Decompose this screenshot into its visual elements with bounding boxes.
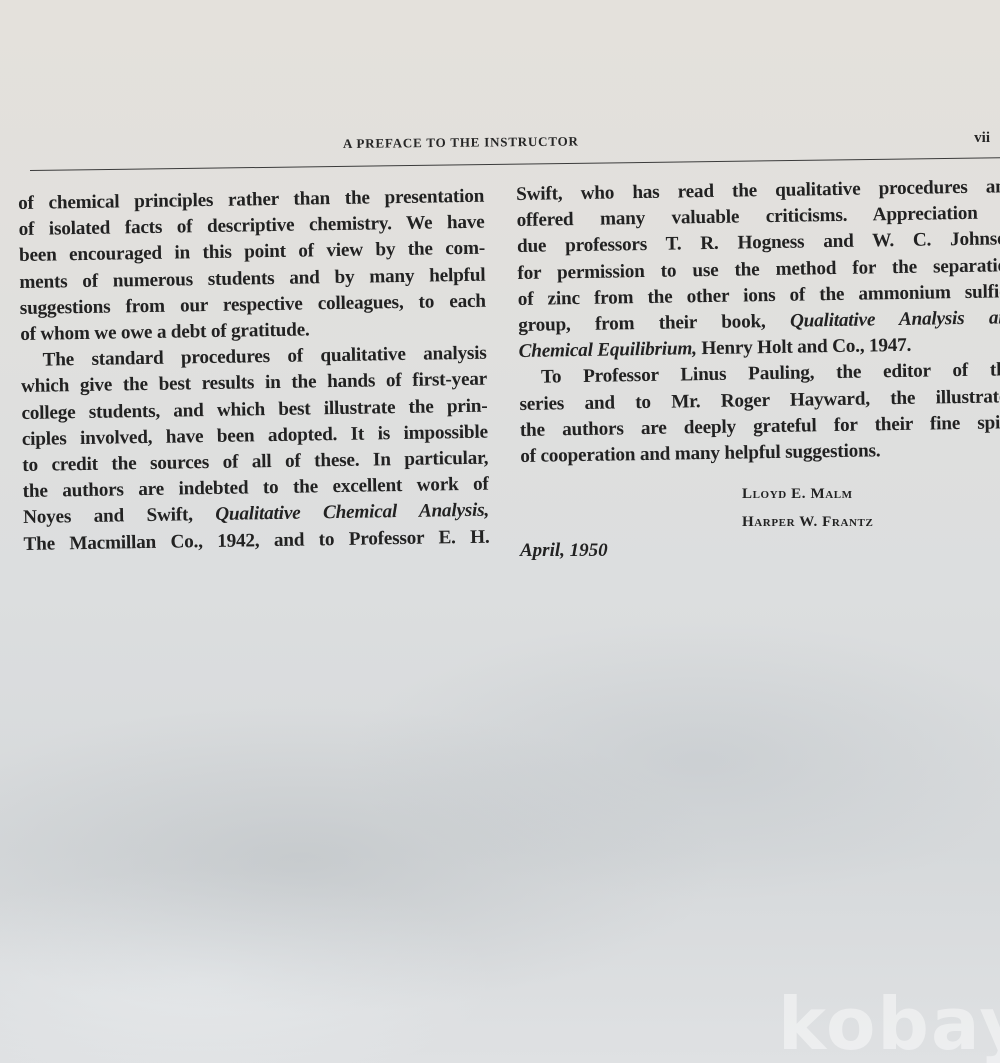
text-fragment: Henry Holt and Co., 1947.: [697, 335, 912, 359]
author-signature-2: Harper W. Frantz: [742, 514, 873, 531]
preface-date: April, 1950: [520, 540, 608, 562]
book-title-italic: Qualitative Chemical Analysis,: [215, 500, 489, 525]
watermark: kobay: [778, 982, 1000, 1063]
right-text-column: Swift, who has read the qualitative proc…: [516, 174, 1000, 470]
book-title-italic: Chemical Equilibrium,: [519, 338, 697, 362]
running-head: A PREFACE TO THE INSTRUCTOR: [343, 134, 579, 152]
left-text-column: of chemical principles rather than the p…: [18, 184, 490, 558]
header-rule: [30, 157, 1000, 171]
page-number: vii: [974, 130, 990, 147]
text-fragment: Noyes and Swift,: [23, 504, 215, 528]
book-title-italic: Qualitative Analysis and: [790, 307, 1000, 332]
book-page: A PREFACE TO THE INSTRUCTOR vii of chemi…: [0, 0, 1000, 1063]
author-signature-1: Lloyd E. Malm: [742, 486, 853, 503]
text-fragment: group, from their book,: [518, 311, 790, 336]
